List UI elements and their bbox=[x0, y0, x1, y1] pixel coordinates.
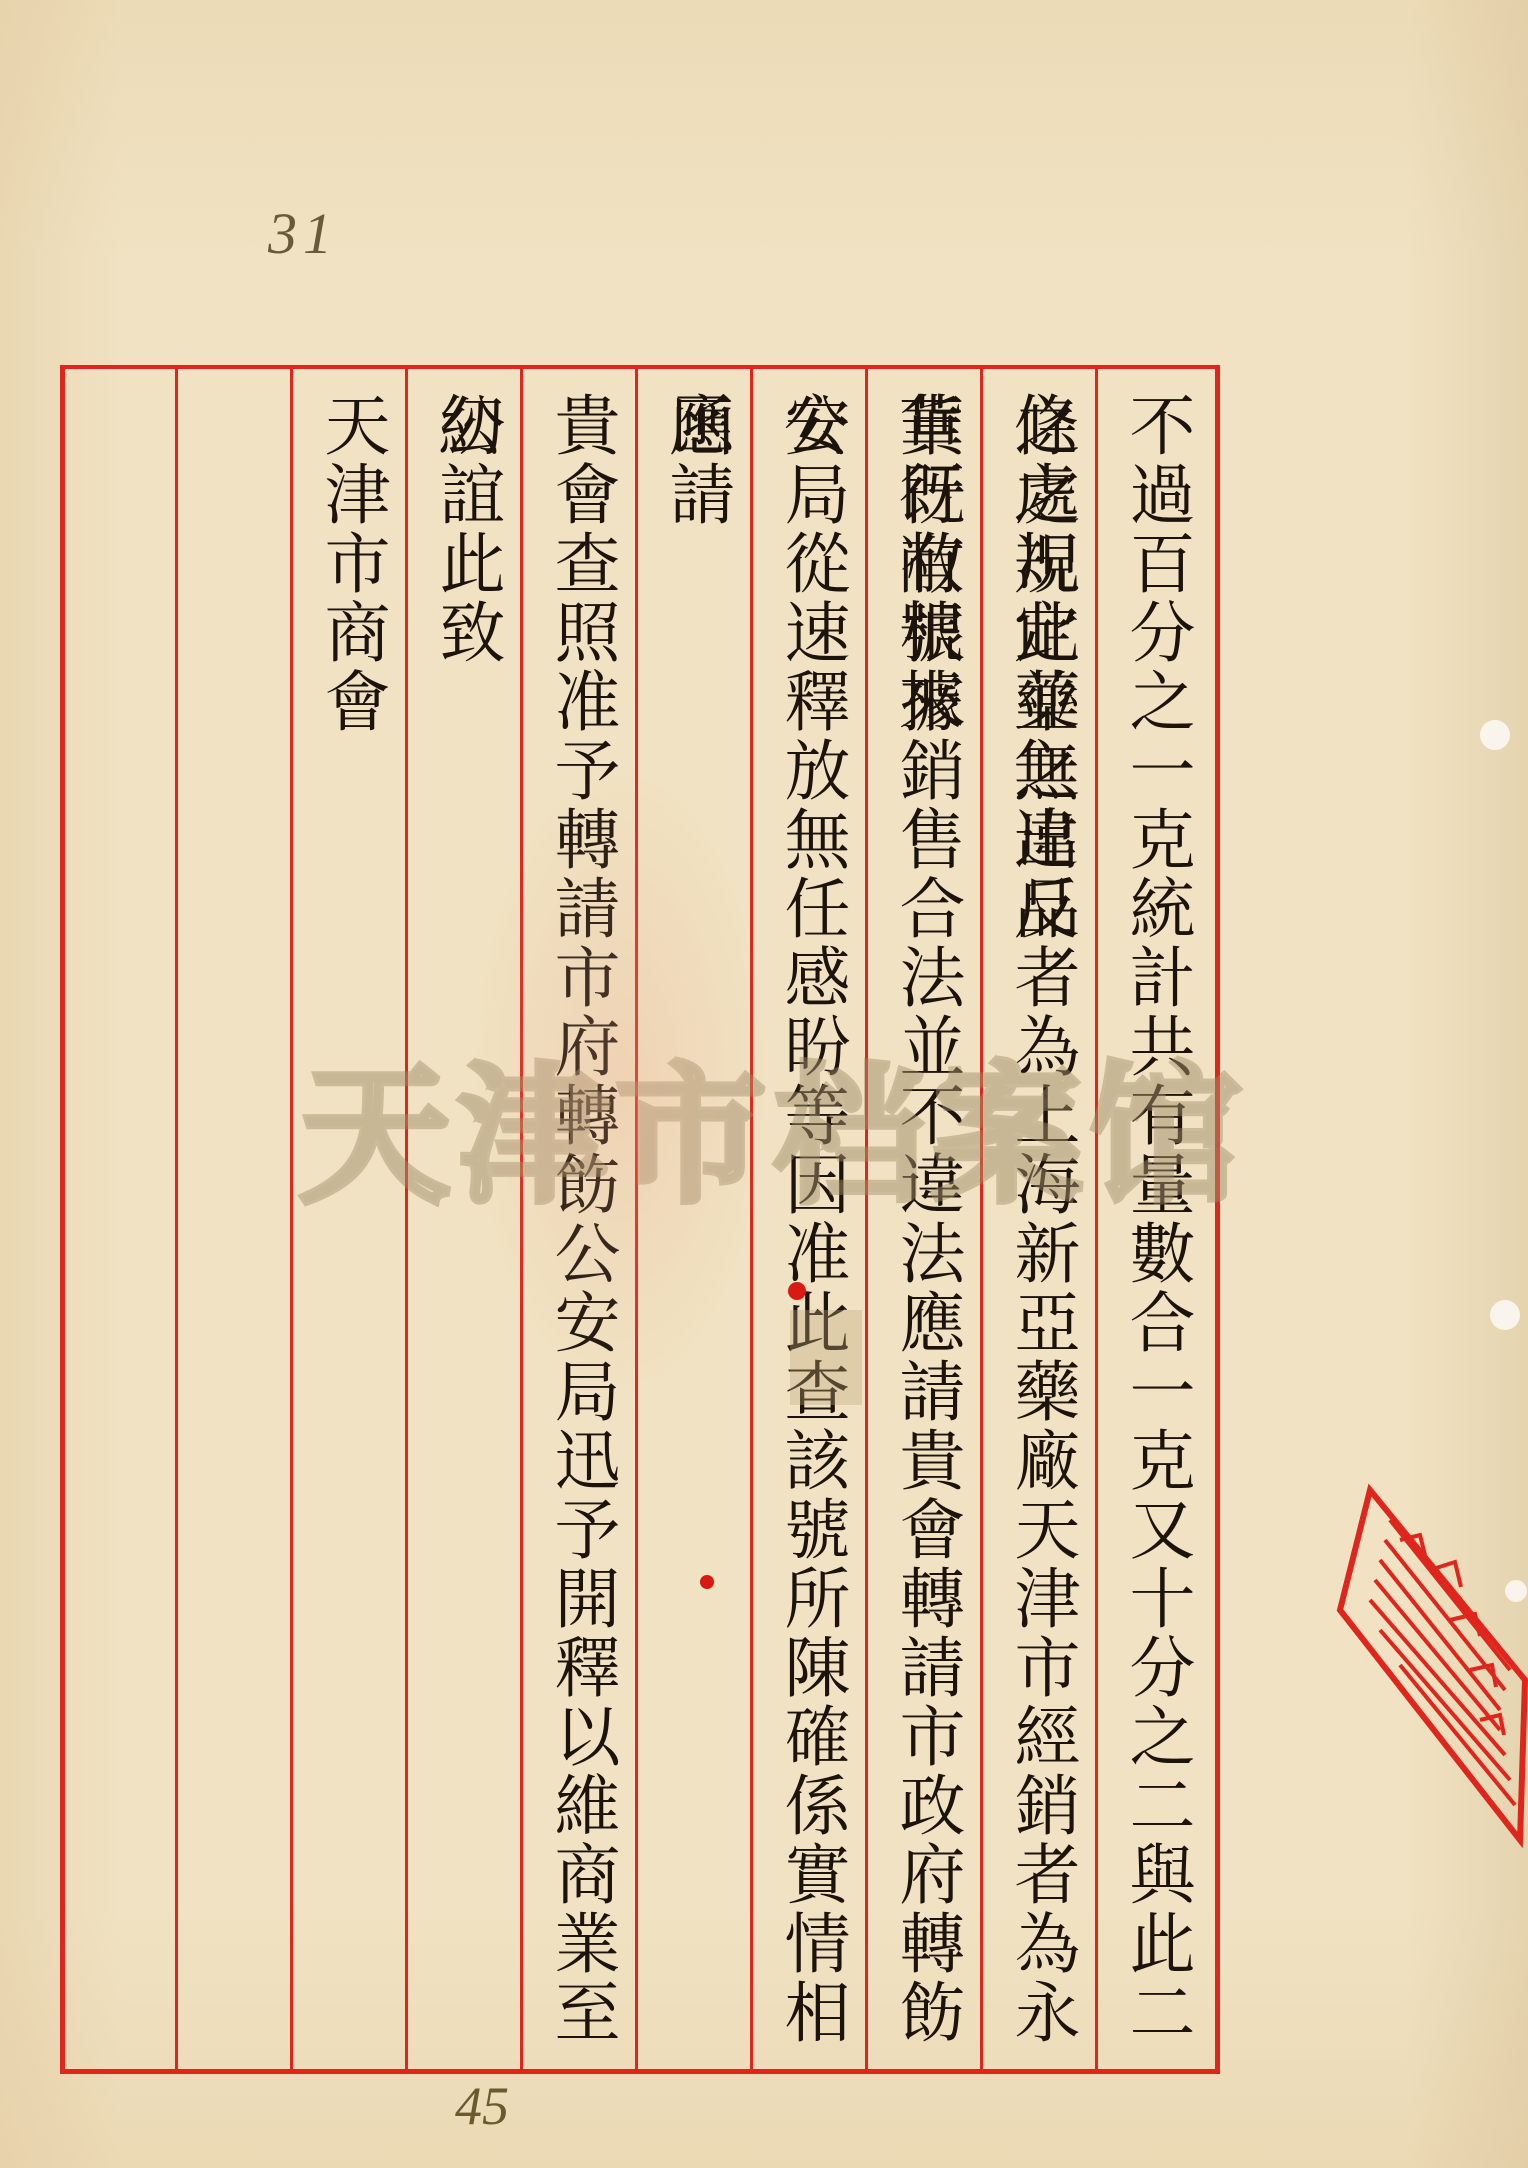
punch-hole bbox=[1480, 720, 1510, 750]
text-column-7: 公誼此致 bbox=[408, 391, 524, 667]
grid-rule bbox=[175, 369, 178, 2069]
text-column-2: 之處况此藥之出品者為上海新亞藥廠天津市經銷者為永華行敝號來 bbox=[983, 391, 1099, 2069]
page-number: 31 bbox=[268, 200, 338, 267]
text-column-1: 不過百分之一克統計共有量數合一克又十分之二與此二條之規定並無違反 bbox=[1098, 391, 1214, 2069]
text-column-4: 安局從速釋放無任感盼等因准此查該號所陳確係實情相應 bbox=[753, 391, 869, 2069]
punch-hole bbox=[1505, 1580, 1527, 1602]
punch-hole bbox=[1490, 1300, 1520, 1330]
grid-rule bbox=[60, 369, 65, 2069]
text-column-8: 天津市商會 bbox=[293, 391, 409, 736]
paper-stain bbox=[470, 760, 770, 1400]
red-dot-mark bbox=[700, 1575, 714, 1589]
grid-rule bbox=[1215, 369, 1220, 2069]
text-column-5: 函請 bbox=[638, 391, 754, 529]
folio-number: 45 bbox=[455, 2075, 509, 2137]
red-seal-stamp bbox=[1330, 1480, 1528, 1860]
red-dot-mark bbox=[788, 1282, 806, 1300]
tape-patch bbox=[790, 1310, 862, 1405]
text-column-3: 貨既有根據銷售合法並不違法應請貴會轉請市政府轉飭公 bbox=[868, 391, 984, 2069]
